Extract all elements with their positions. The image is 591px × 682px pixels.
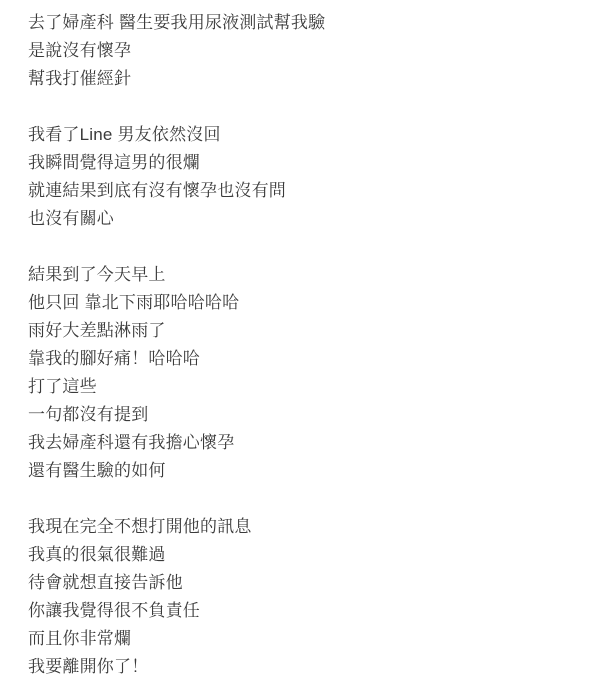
text-line: 就連結果到底有沒有懷孕也沒有問 [28, 177, 571, 205]
text-line: 打了這些 [28, 373, 571, 401]
text-line: 結果到了今天早上 [28, 261, 571, 289]
text-line: 雨好大差點淋雨了 [28, 317, 571, 345]
paragraph: 去了婦產科 醫生要我用尿液測試幫我驗是說沒有懷孕幫我打催經針 [28, 9, 571, 93]
text-line: 也沒有關心 [28, 205, 571, 233]
text-line: 靠我的腳好痛！哈哈哈 [28, 345, 571, 373]
paragraph: 我現在完全不想打開他的訊息我真的很氣很難過待會就想直接告訴他你讓我覺得很不負責任… [28, 513, 571, 681]
text-line: 而且你非常爛 [28, 625, 571, 653]
text-line: 他只回 靠北下雨耶哈哈哈哈 [28, 289, 571, 317]
text-line: 我去婦產科還有我擔心懷孕 [28, 429, 571, 457]
text-line: 是說沒有懷孕 [28, 37, 571, 65]
paragraph: 我看了Line 男友依然沒回我瞬間覺得這男的很爛就連結果到底有沒有懷孕也沒有問也… [28, 121, 571, 233]
text-line: 我瞬間覺得這男的很爛 [28, 149, 571, 177]
text-line: 我真的很氣很難過 [28, 541, 571, 569]
text-line: 待會就想直接告訴他 [28, 569, 571, 597]
text-line: 我現在完全不想打開他的訊息 [28, 513, 571, 541]
text-line: 還有醫生驗的如何 [28, 457, 571, 485]
post-body: 去了婦產科 醫生要我用尿液測試幫我驗是說沒有懷孕幫我打催經針我看了Line 男友… [0, 0, 591, 681]
text-line: 幫我打催經針 [28, 65, 571, 93]
text-line: 你讓我覺得很不負責任 [28, 597, 571, 625]
text-line: 一句都沒有提到 [28, 401, 571, 429]
paragraph: 結果到了今天早上他只回 靠北下雨耶哈哈哈哈雨好大差點淋雨了靠我的腳好痛！哈哈哈打… [28, 261, 571, 485]
text-line: 我要離開你了！ [28, 653, 571, 681]
text-line: 我看了Line 男友依然沒回 [28, 121, 571, 149]
text-line: 去了婦產科 醫生要我用尿液測試幫我驗 [28, 9, 571, 37]
